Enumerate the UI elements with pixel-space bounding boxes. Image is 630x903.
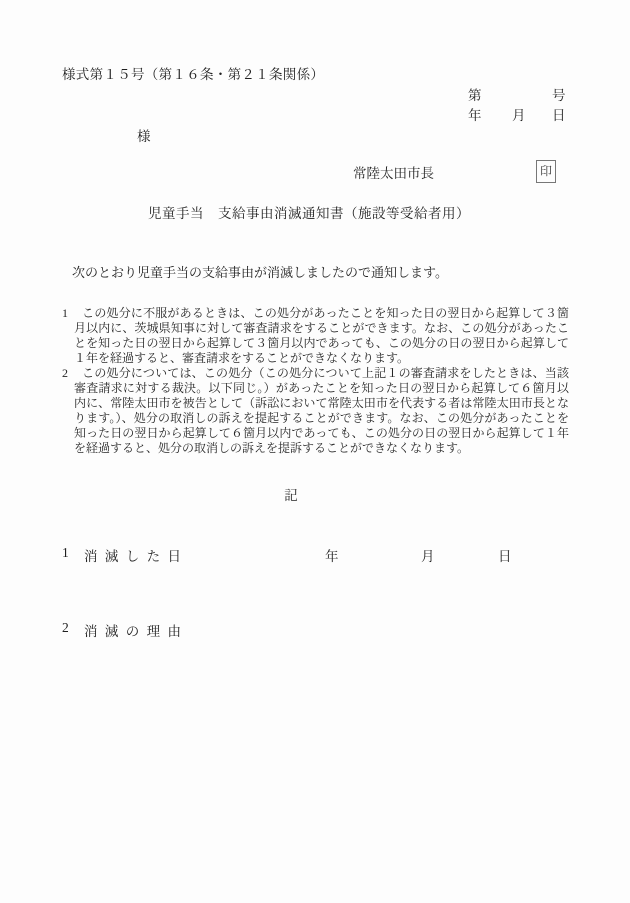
doc-number-prefix: 第: [468, 84, 482, 104]
item-1-number: 1: [62, 545, 69, 561]
item-1-month-label: 月: [421, 545, 435, 565]
form-number: 様式第１５号（第１６条・第２１条関係）: [62, 63, 324, 83]
item-1-label: 消 滅 し た 日: [84, 545, 183, 565]
item-1-day-label: 日: [498, 545, 512, 565]
intro-text: 次のとおり児童手当の支給事由が消滅しましたので通知します。: [72, 262, 448, 281]
issuer-name: 常陸太田市長: [353, 162, 434, 182]
issue-date-day-label: 日: [552, 104, 566, 124]
note-2: 2この処分については、この処分（この処分について上記１の審査請求をしたときは、当…: [62, 366, 569, 456]
note-1: 1この処分に不服があるときは、この処分があったことを知った日の翌日から起算して３…: [62, 306, 569, 366]
doc-number-suffix: 号: [552, 84, 566, 104]
seal-mark: 印: [536, 160, 556, 183]
record-heading: 記: [0, 484, 582, 504]
item-2-number: 2: [62, 620, 69, 636]
document-title: 児童手当 支給事由消滅通知書（施設等受給者用）: [0, 202, 618, 222]
note-1-number: 1: [62, 306, 68, 320]
document-page: 様式第１５号（第１６条・第２１条関係） 第 号 年 月 日 様 常陸太田市長 印…: [0, 0, 630, 903]
addressee-honorific: 様: [137, 125, 151, 145]
appeal-notes: 1この処分に不服があるときは、この処分があったことを知った日の翌日から起算して３…: [62, 306, 569, 456]
note-1-text: この処分に不服があるときは、この処分があったことを知った日の翌日から起算して３箇…: [74, 306, 569, 365]
issue-date-year-label: 年: [468, 104, 482, 124]
note-2-text: この処分については、この処分（この処分について上記１の審査請求をしたときは、当該…: [74, 366, 569, 455]
issue-date-month-label: 月: [512, 104, 526, 124]
item-1-year-label: 年: [325, 545, 339, 565]
note-2-number: 2: [62, 366, 68, 380]
item-2-label: 消 滅 の 理 由: [84, 620, 183, 640]
